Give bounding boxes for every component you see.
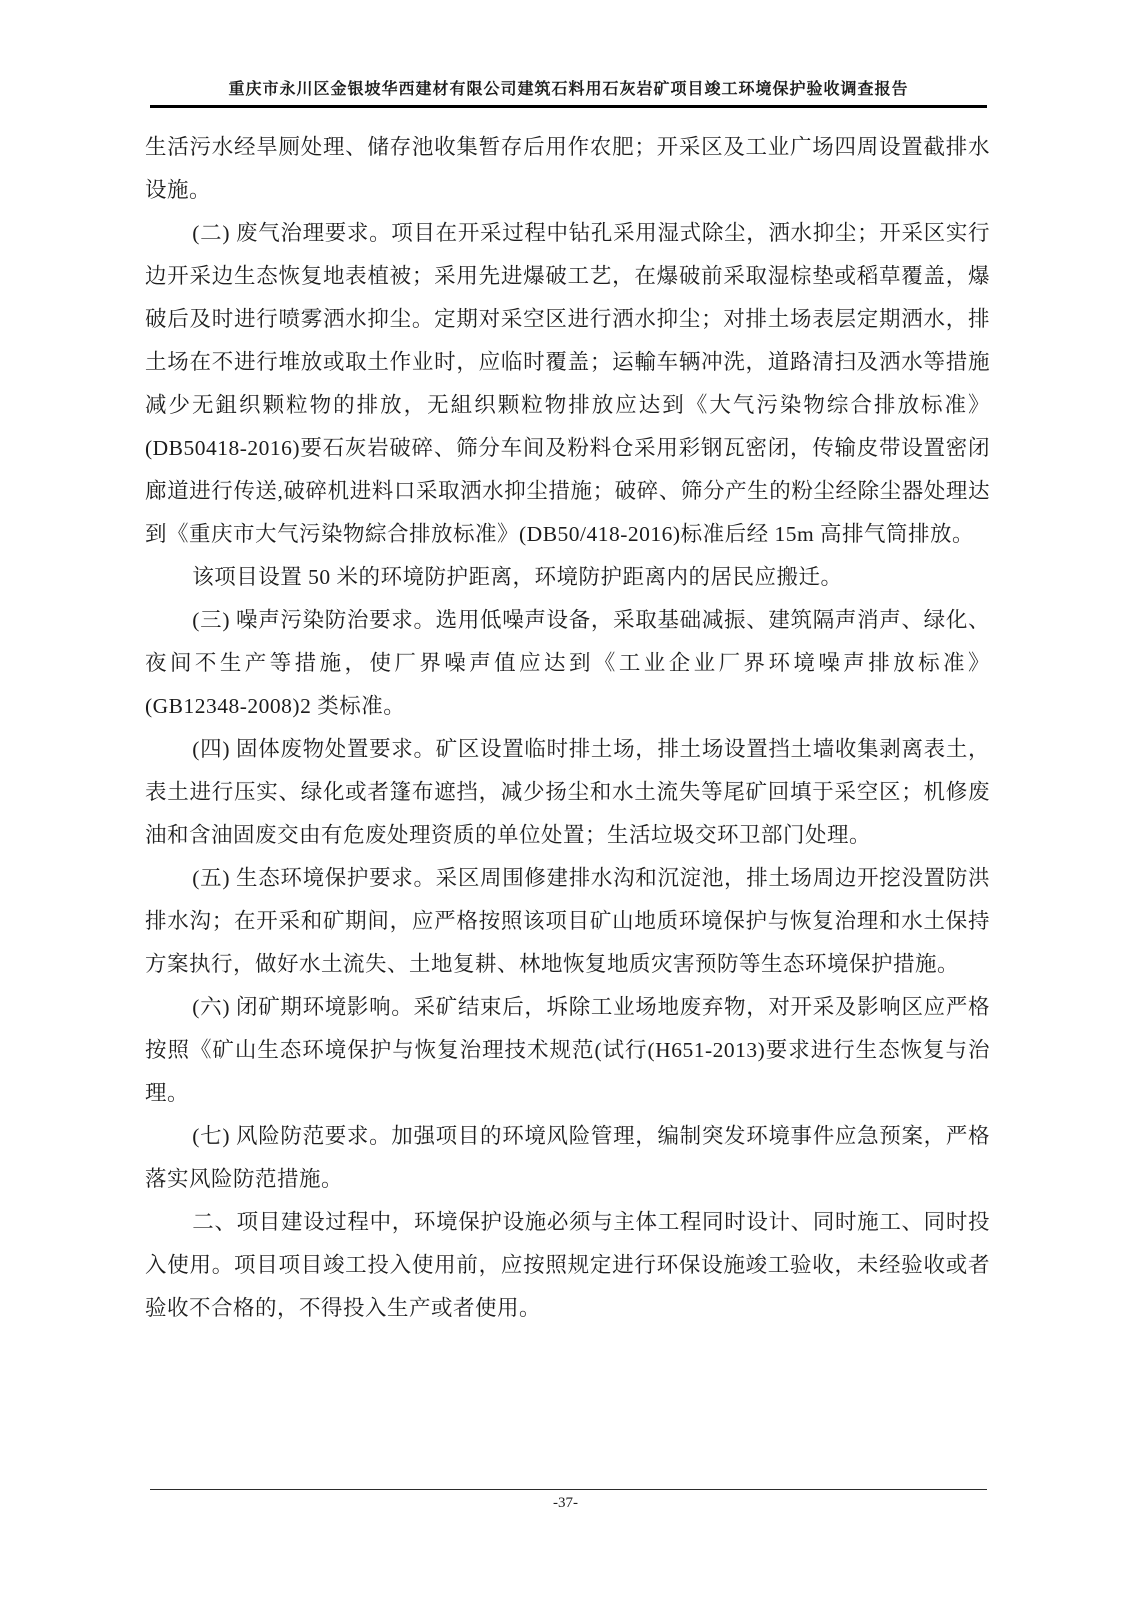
paragraph: 二、项目建设过程中，环境保护设施必须与主体工程同时设计、同时施工、同时投入使用。… [145, 1201, 990, 1330]
page-number: -37- [0, 1495, 1131, 1512]
page-header-title: 重庆市永川区金银坡华西建材有限公司建筑石料用石灰岩矿项目竣工环境保护验收调查报告 [150, 76, 987, 108]
paragraph: (四) 固体废物处置要求。矿区设置临时排土场，排土场设置挡土墙收集剥离表土，表土… [145, 728, 990, 857]
document-body: 生活污水经旱厕处理、储存池收集暂存后用作农肥；开采区及工业广场四周设置截排水设施… [145, 126, 990, 1330]
paragraph: 生活污水经旱厕处理、储存池收集暂存后用作农肥；开采区及工业广场四周设置截排水设施… [145, 126, 990, 212]
paragraph: (二) 废气治理要求。项目在开采过程中钻孔采用湿式除尘，洒水抑尘；开采区实行边开… [145, 212, 990, 556]
paragraph: (七) 风险防范要求。加强项目的环境风险管理，编制突发环境事件应急预案，严格落实… [145, 1115, 990, 1201]
paragraph: (五) 生态环境保护要求。采区周围修建排水沟和沉淀池，排土场周边开挖没置防洪排水… [145, 857, 990, 986]
paragraph: (三) 噪声污染防治要求。选用低噪声设备，采取基础减振、建筑隔声消声、绿化、夜间… [145, 599, 990, 728]
footer-rule [150, 1489, 987, 1490]
document-page: 重庆市永川区金银坡华西建材有限公司建筑石料用石灰岩矿项目竣工环境保护验收调查报告… [0, 0, 1131, 1600]
paragraph: 该项目设置 50 米的环境防护距离，环境防护距离内的居民应搬迁。 [145, 556, 990, 599]
paragraph: (六) 闭矿期环境影响。采矿结束后，坼除工业场地废弃物，对开采及影响区应严格按照… [145, 986, 990, 1115]
